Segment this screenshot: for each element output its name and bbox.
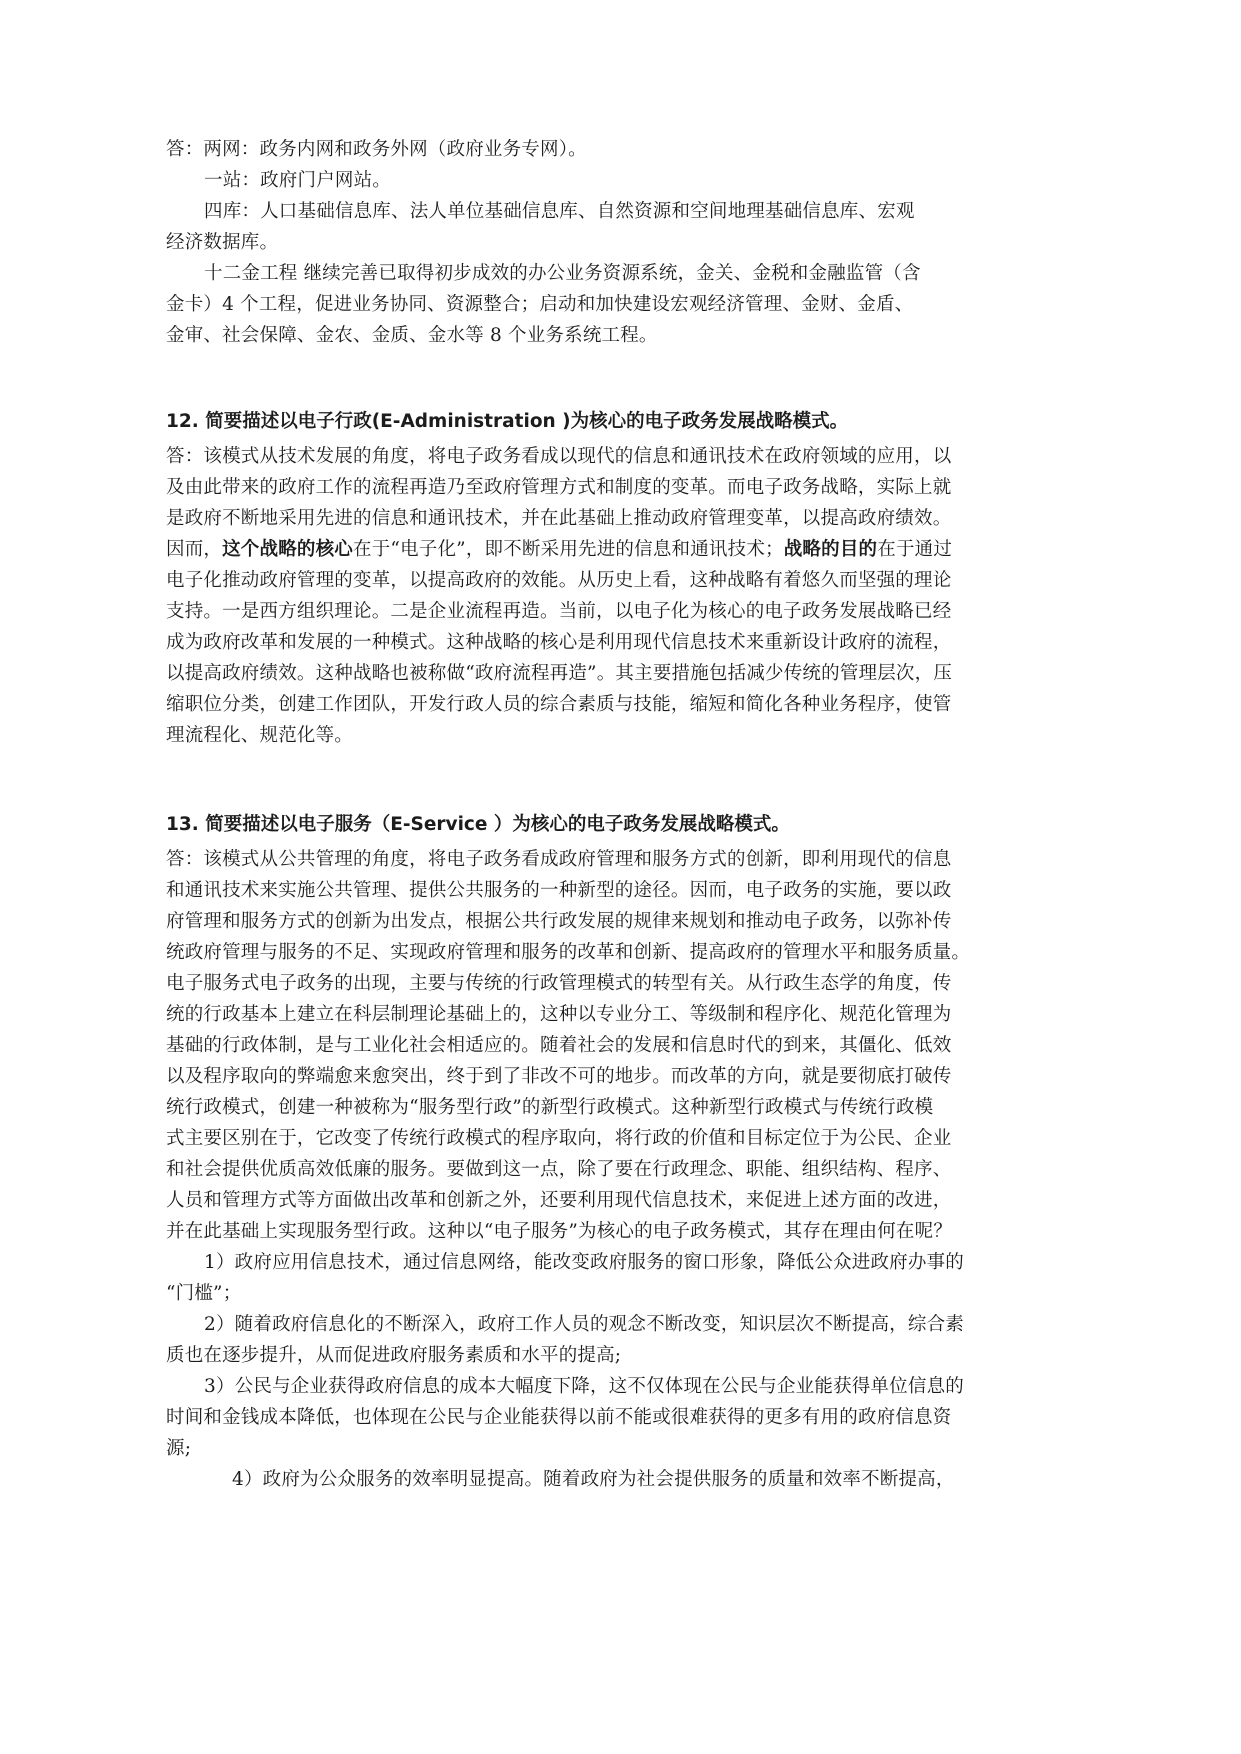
paragraph-line: 统政府管理与服务的不足、实现政府管理和服务的改革和创新、提高政府的管理水平和服务… — [166, 937, 1096, 968]
paragraph-line: 并在此基础上实现服务型行政。这种以“电子服务”为核心的电子政务模式，其存在理由何… — [166, 1216, 1096, 1247]
list-item: 4）政府为公众服务的效率明显提高。随着政府为社会提供服务的质量和效率不断提高， — [166, 1464, 1096, 1495]
list-item-line: 时间和金钱成本降低，也体现在公民与企业能获得以前不能或很难获得的更多有用的政府信… — [166, 1402, 1096, 1433]
paragraph-line: 答：该模式从技术发展的角度，将电子政务看成以现代的信息和通讯技术在政府领域的应用… — [166, 441, 1096, 472]
paragraph-line: 理流程化、规范化等。 — [166, 720, 1096, 751]
list-item-line: “门槛”； — [166, 1278, 1096, 1309]
bold-term-strategy-core: 这个战略的核心 — [222, 539, 353, 560]
paragraph-line: 支持。一是西方组织理论。二是企业流程再造。当前，以电子化为核心的电子政务发展战略… — [166, 596, 1096, 627]
paragraph-line: 以提高政府绩效。这种战略也被称做“政府流程再造”。其主要措施包括减少传统的管理层… — [166, 658, 1096, 689]
paragraph-line: 式主要区别在于，它改变了传统行政模式的程序取向，将行政的价值和目标定位于为公民、… — [166, 1123, 1096, 1154]
paragraph-line: 经济数据库。 — [166, 227, 1096, 258]
list-item-line: 源; — [166, 1433, 1096, 1464]
paragraph-line: 缩职位分类，创建工作团队，开发行政人员的综合素质与技能，缩短和简化各种业务程序，… — [166, 689, 1096, 720]
paragraph-line: 一站：政府门户网站。 — [166, 165, 1096, 196]
section-13-answer: 答：该模式从公共管理的角度，将电子政务看成政府管理和服务方式的创新，即利用现代的… — [166, 844, 1096, 1495]
paragraph-line: 电子服务式电子政务的出现，主要与传统的行政管理模式的转型有关。从行政生态学的角度… — [166, 968, 1096, 999]
paragraph-line: 电子化推动政府管理的变革，以提高政府的效能。从历史上看，这种战略有着悠久而坚强的… — [166, 565, 1096, 596]
paragraph-line: 十二金工程 继续完善已取得初步成效的办公业务资源系统，金关、金税和金融监管（含 — [166, 258, 1096, 289]
paragraph-line: 基础的行政体制，是与工业化社会相适应的。随着社会的发展和信息时代的到来，其僵化、… — [166, 1030, 1096, 1061]
question-12-heading: 12. 简要描述以电子行政(E-Administration )为核心的电子政务… — [166, 406, 1096, 437]
section-11-answer: 答：两网：政务内网和政务外网（政府业务专网）。 一站：政府门户网站。 四库：人口… — [166, 134, 1096, 351]
list-item-line: 1）政府应用信息技术，通过信息网络，能改变政府服务的窗口形象，降低公众进政府办事… — [166, 1247, 1096, 1278]
paragraph-line: 和通讯技术来实施公共管理、提供公共服务的一种新型的途径。因而，电子政务的实施，要… — [166, 875, 1096, 906]
paragraph-line: 人员和管理方式等方面做出改革和创新之外，还要利用现代信息技术，来促进上述方面的改… — [166, 1185, 1096, 1216]
section-12-answer: 答：该模式从技术发展的角度，将电子政务看成以现代的信息和通讯技术在政府领域的应用… — [166, 441, 1096, 751]
paragraph-line: 因而，这个战略的核心在于“电子化”，即不断采用先进的信息和通讯技术；战略的目的在… — [166, 534, 1096, 565]
paragraph-line: 以及程序取向的弊端愈来愈突出，终于到了非改不可的地步。而改革的方向，就是要彻底打… — [166, 1061, 1096, 1092]
list-item-line: 质也在逐步提升，从而促进政府服务素质和水平的提高; — [166, 1340, 1096, 1371]
paragraph-line: 是政府不断地采用先进的信息和通讯技术，并在此基础上推动政府管理变革，以提高政府绩… — [166, 503, 1096, 534]
paragraph-line: 答：两网：政务内网和政务外网（政府业务专网）。 — [166, 134, 1096, 165]
list-item-line: 2）随着政府信息化的不断深入，政府工作人员的观念不断改变，知识层次不断提高，综合… — [166, 1309, 1096, 1340]
list-item: 3）公民与企业获得政府信息的成本大幅度下降，这不仅体现在公民与企业能获得单位信息… — [166, 1371, 1096, 1464]
list-item: 1）政府应用信息技术，通过信息网络，能改变政府服务的窗口形象，降低公众进政府办事… — [166, 1247, 1096, 1309]
question-13-heading: 13. 简要描述以电子服务（E-Service ）为核心的电子政务发展战略模式。 — [166, 809, 1096, 840]
text-run: 因而， — [166, 539, 222, 560]
paragraph-line: 金卡）4 个工程，促进业务协同、资源整合；启动和加快建设宏观经济管理、金财、金盾… — [166, 289, 1096, 320]
text-run: 在于“电子化”，即不断采用先进的信息和通讯技术； — [353, 539, 784, 560]
paragraph-line: 和社会提供优质高效低廉的服务。要做到这一点，除了要在行政理念、职能、组织结构、程… — [166, 1154, 1096, 1185]
text-run: 在于通过 — [877, 539, 952, 560]
paragraph-line: 及由此带来的政府工作的流程再造乃至政府管理方式和制度的变革。而电子政务战略，实际… — [166, 472, 1096, 503]
paragraph-line: 府管理和服务方式的创新为出发点，根据公共行政发展的规律来规划和推动电子政务，以弥… — [166, 906, 1096, 937]
paragraph-line: 答：该模式从公共管理的角度，将电子政务看成政府管理和服务方式的创新，即利用现代的… — [166, 844, 1096, 875]
list-item: 2）随着政府信息化的不断深入，政府工作人员的观念不断改变，知识层次不断提高，综合… — [166, 1309, 1096, 1371]
paragraph-line: 四库：人口基础信息库、法人单位基础信息库、自然资源和空间地理基础信息库、宏观 — [166, 196, 1096, 227]
document-page: 答：两网：政务内网和政务外网（政府业务专网）。 一站：政府门户网站。 四库：人口… — [166, 134, 1096, 1495]
paragraph-line: 统的行政基本上建立在科层制理论基础上的，这种以专业分工、等级制和程序化、规范化管… — [166, 999, 1096, 1030]
list-item-line: 4）政府为公众服务的效率明显提高。随着政府为社会提供服务的质量和效率不断提高， — [166, 1464, 1096, 1495]
paragraph-line: 金审、社会保障、金农、金质、金水等 8 个业务系统工程。 — [166, 320, 1096, 351]
list-item-line: 3）公民与企业获得政府信息的成本大幅度下降，这不仅体现在公民与企业能获得单位信息… — [166, 1371, 1096, 1402]
paragraph-line: 成为政府改革和发展的一种模式。这种战略的核心是利用现代信息技术来重新设计政府的流… — [166, 627, 1096, 658]
paragraph-line: 统行政模式，创建一种被称为“服务型行政”的新型行政模式。这种新型行政模式与传统行… — [166, 1092, 1096, 1123]
bold-term-strategy-goal: 战略的目的 — [784, 539, 878, 560]
